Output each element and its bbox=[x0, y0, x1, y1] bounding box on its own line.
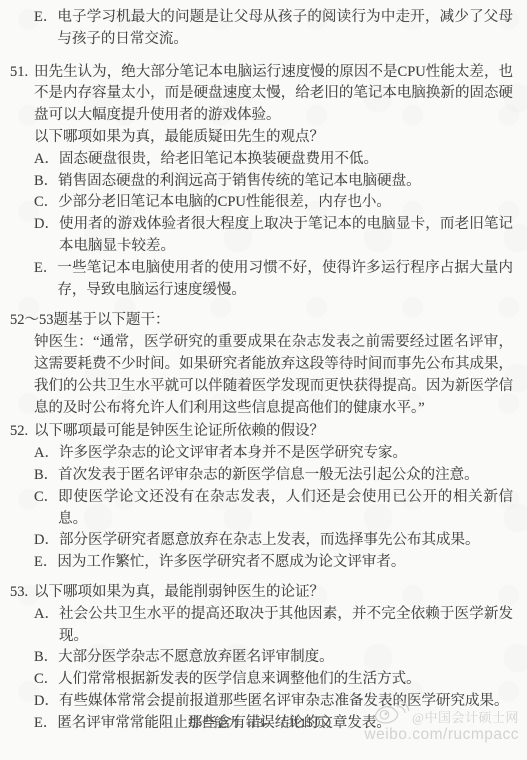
option-b: B． 首次发表于匿名评审杂志的新医学信息一般无法引起公众的注意。 bbox=[34, 465, 513, 487]
passage-body: 钟医生：“通常，医学研究的重要成果在杂志发表之前需要经过匿名评审，这需要耗费不少… bbox=[34, 332, 513, 419]
weibo-logo-icon bbox=[372, 696, 410, 726]
option-text: 大部分医学杂志不愿意放弃匿名评审制度。 bbox=[58, 647, 513, 669]
option-label: C． bbox=[34, 669, 58, 691]
option-label: A． bbox=[34, 443, 59, 465]
option-text: 一些笔记本电脑使用者的使用习惯不好，使得许多运行程序占据大量内存，导致电脑运行速… bbox=[57, 258, 513, 302]
option-label: E． bbox=[34, 7, 57, 51]
option-c: C． 少部分老旧笔记本电脑的CPU性能很差，内存也小。 bbox=[34, 192, 513, 214]
option-text: 人们常常根据新发表的医学信息来调整他们的生活方式。 bbox=[58, 669, 513, 691]
option-c: C． 人们常常根据新发表的医学信息来调整他们的生活方式。 bbox=[34, 669, 513, 691]
question-prompt: 以下哪项最可能是钟医生论证所依赖的假设？ bbox=[34, 421, 513, 443]
option-text: 社会公共卫生水平的提高还取决于其他因素，并不完全依赖于医学新发现。 bbox=[59, 604, 513, 648]
question-number: 52. bbox=[10, 421, 34, 574]
option-text: 固态硬盘很贵，给老旧笔记本换装硬盘费用不低。 bbox=[59, 149, 513, 171]
option-label: C． bbox=[34, 487, 58, 531]
question-51: 51. 田先生认为，绝大部分笔记本电脑运行速度慢的原因不是CPU性能太差，也不是… bbox=[10, 62, 513, 302]
option-b: B． 大部分医学杂志不愿意放弃匿名评审制度。 bbox=[34, 647, 513, 669]
footer-total-pages: （共15页） bbox=[274, 715, 339, 730]
option-label: E． bbox=[34, 552, 57, 574]
option-text: 少部分老旧笔记本电脑的CPU性能很差，内存也小。 bbox=[58, 192, 513, 214]
option-e: E． 一些笔记本电脑使用者的使用习惯不好，使得许多运行程序占据大量内存，导致电脑… bbox=[34, 258, 513, 302]
option-text: 即使医学论文还没有在杂志发表，人们还是会使用已公开的相关新信息。 bbox=[58, 487, 513, 531]
watermark-url: weibo.com/rucmpacc bbox=[349, 727, 519, 743]
question-prompt: 以下哪项如果为真，最能削弱钟医生的论证？ bbox=[34, 582, 513, 604]
question-prompt: 以下哪项如果为真，最能质疑田先生的观点？ bbox=[34, 127, 513, 149]
option-d: D． 部分医学研究者愿意放弃在杂志上发表，而选择事先公布其成果。 bbox=[34, 530, 513, 552]
option-a: A． 固态硬盘很贵，给老旧笔记本换装硬盘费用不低。 bbox=[34, 149, 513, 171]
footer-section-title: 综合能力 bbox=[188, 715, 240, 730]
option-label: B． bbox=[34, 647, 58, 669]
page-content: E． 电子学习机最大的问题是让父母从孩子的阅读行为中走开，减少了父母与孩子的日常… bbox=[10, 7, 513, 735]
weibo-watermark: @中国会计硕士网 weibo.com/rucmpacc bbox=[349, 696, 519, 743]
option-a: A． 社会公共卫生水平的提高还取决于其他因素，并不完全依赖于医学新发现。 bbox=[34, 604, 513, 648]
question-50-option-e: E． 电子学习机最大的问题是让父母从孩子的阅读行为中走开，减少了父母与孩子的日常… bbox=[34, 7, 513, 51]
footer-page-number: -13- bbox=[246, 715, 268, 730]
question-52: 52. 以下哪项最可能是钟医生论证所依赖的假设？ A． 许多医学杂志的论文评审者… bbox=[10, 421, 513, 574]
watermark-handle: @中国会计硕士网 bbox=[412, 710, 519, 726]
question-number: 51. bbox=[10, 62, 34, 302]
option-text: 因为工作繁忙，许多医学研究者不愿成为论文评审者。 bbox=[57, 552, 513, 574]
option-label: D． bbox=[34, 530, 59, 552]
option-label: B． bbox=[34, 465, 58, 487]
option-a: A． 许多医学杂志的论文评审者本身并不是医学研究专家。 bbox=[34, 443, 513, 465]
option-b: B． 销售固态硬盘的利润远高于销售传统的笔记本电脑硬盘。 bbox=[34, 171, 513, 193]
question-stem: 田先生认为，绝大部分笔记本电脑运行速度慢的原因不是CPU性能太差，也不是内存容量… bbox=[34, 62, 513, 127]
option-text: 首次发表于匿名评审杂志的新医学信息一般无法引起公众的注意。 bbox=[58, 465, 513, 487]
option-text: 电子学习机最大的问题是让父母从孩子的阅读行为中走开，减少了父母与孩子的日常交流。 bbox=[57, 7, 513, 51]
option-label: C． bbox=[34, 192, 58, 214]
option-c: C． 即使医学论文还没有在杂志发表，人们还是会使用已公开的相关新信息。 bbox=[34, 487, 513, 531]
option-text: 部分医学研究者愿意放弃在杂志上发表，而选择事先公布其成果。 bbox=[59, 530, 513, 552]
option-label: D． bbox=[34, 214, 59, 258]
option-text: 许多医学杂志的论文评审者本身并不是医学研究专家。 bbox=[59, 443, 513, 465]
option-label: B． bbox=[34, 171, 58, 193]
option-text: 使用者的游戏体验者很大程度上取决于笔记本的电脑显卡，而老旧笔记本电脑显卡较差。 bbox=[59, 214, 513, 258]
option-label: A． bbox=[34, 149, 59, 171]
passage-52-53: 52～53题基于以下题干： 钟医生：“通常，医学研究的重要成果在杂志发表之前需要… bbox=[10, 310, 513, 419]
option-label: E． bbox=[34, 258, 57, 302]
option-d: D． 使用者的游戏体验者很大程度上取决于笔记本的电脑显卡，而老旧笔记本电脑显卡较… bbox=[34, 214, 513, 258]
passage-header: 52～53题基于以下题干： bbox=[10, 310, 513, 332]
option-label: D． bbox=[34, 691, 59, 713]
option-label: A． bbox=[34, 604, 59, 648]
document-page: E． 电子学习机最大的问题是让父母从孩子的阅读行为中走开，减少了父母与孩子的日常… bbox=[0, 0, 527, 760]
option-e: E． 因为工作繁忙，许多医学研究者不愿成为论文评审者。 bbox=[34, 552, 513, 574]
option-text: 销售固态硬盘的利润远高于销售传统的笔记本电脑硬盘。 bbox=[58, 171, 513, 193]
